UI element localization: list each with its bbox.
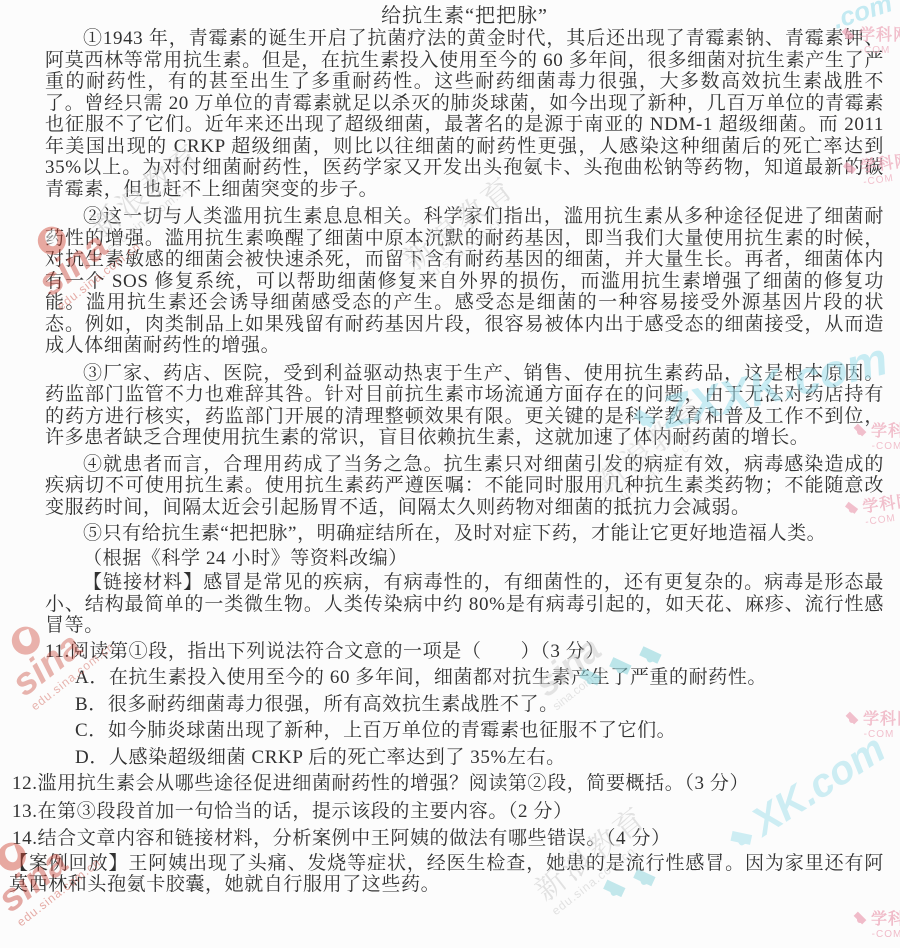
question-14: 14.结合文章内容和链接材料，分析案例中王阿姨的做法有哪些错误。（4 分） — [12, 827, 884, 851]
xueke-logo-watermark: 学科网 -COM — [852, 906, 900, 940]
paragraph-5: ⑤只有给抗生素“把把脉”，明确症结所在，及时对症下药，才能让它更好地造福人类。 — [45, 523, 884, 545]
case-note: 【案例回放】王阿姨出现了头痛、发烧等症状，经医生检查，她患的是流行性感冒。因为家… — [9, 853, 884, 896]
page-title: 给抗生素“把把脉” — [45, 4, 884, 28]
question-11-option-a: A．在抗生素投入使用至今的 60 多年间，细菌都对抗生素产生了严重的耐药性。 — [75, 667, 884, 689]
question-11: 11.阅读第①段，指出下列说法符合文意的一项是（ ）（3 分） — [45, 641, 884, 663]
document-body: 给抗生素“把把脉” ①1943 年，青霉素的诞生开启了抗菌疗法的黄金时代，其后还… — [0, 0, 900, 896]
paragraph-3: ③厂家、药店、医院，受到利益驱动热衷于生产、销售、使用抗生素药品，这是根本原因。… — [45, 363, 884, 449]
paragraph-2: ②这一切与人类滥用抗生素息息相关。科学家们指出，滥用抗生素从多种途径促进了细菌耐… — [45, 206, 884, 357]
question-11-option-c: C．如今肺炎球菌出现了新种，上百万单位的青霉素也征服不了它们。 — [75, 720, 884, 742]
link-material: 【链接材料】感冒是常见的疾病，有病毒性的，有细菌性的，还有更复杂的。病毒是形态最… — [45, 572, 884, 637]
question-11-option-b: B．很多耐药细菌毒力很强，所有高效抗生素战胜不了。 — [75, 694, 884, 716]
xueke-text: 学科网 — [871, 906, 900, 929]
question-12: 12.滥用抗生素会从哪些途径促进细菌耐药性的增强？阅读第②段，简要概括。（3 分… — [12, 772, 884, 796]
paragraph-4: ④就患者而言，合理用药成了当务之急。抗生素只对细菌引发的病症有效，病毒感染造成的… — [45, 454, 884, 519]
question-13: 13.在第③段段首加一句恰当的话，提示该段的主要内容。（2 分） — [12, 800, 884, 824]
scanned-exam-page: { "doc": { "title": "给抗生素“把把脉”", "paragr… — [0, 0, 900, 948]
source-note: （根据《科学 24 小时》等资料改编） — [45, 548, 884, 570]
xueke-com-text: -COM — [872, 929, 900, 940]
graduation-cap-icon — [852, 911, 868, 924]
paragraph-1: ①1943 年，青霉素的诞生开启了抗菌疗法的黄金时代，其后还出现了青霉素钠、青霉… — [45, 28, 884, 200]
question-11-option-d: D．人感染超级细菌 CRKP 后的死亡率达到了 35%左右。 — [75, 747, 884, 769]
